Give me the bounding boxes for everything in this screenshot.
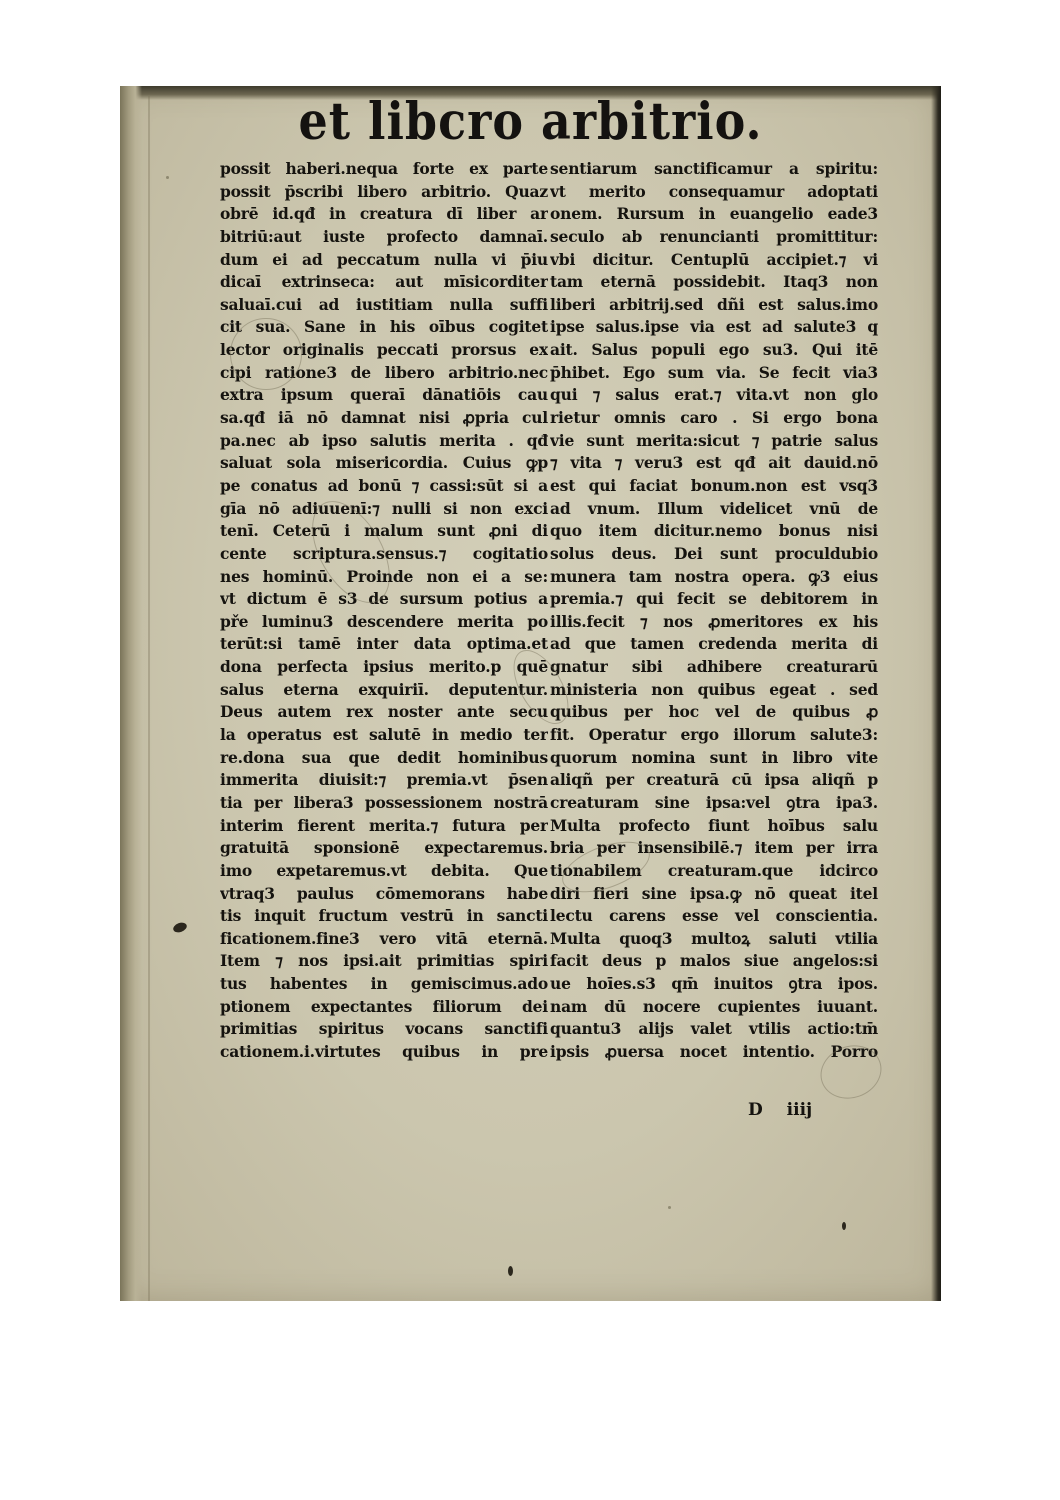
text-line: salus eterna exquiriī. deputentur. [220,679,548,702]
text-line: quo item dicitur.nemo bonus nisi [550,520,878,543]
text-line: gnatur sibi adhibere creaturarū [550,656,878,679]
text-line: Multa quoq3 multoꝝ saluti vtilia [550,928,878,951]
text-line: ⁊ vita ⁊ veru3 est qđ ait dauid.nō [550,452,878,475]
text-line: tenī. Ceterū i malum sunt ꝓni di [220,520,548,543]
text-line: imo expetaremus.vt debita. Que [220,860,548,883]
text-line: Item ⁊ nos ipsi.ait primitias spiri [220,950,548,973]
text-line: tus habentes in gemiscimus.ado [220,973,548,996]
text-line: munera tam nostra opera. ꝙ3 eius [550,566,878,589]
text-line: facit deus p malos siue angelos:si [550,950,878,973]
text-line: ministeria non quibus egeat . sed [550,679,878,702]
text-line: pa.nec ab ipso salutis merita . qđ [220,430,548,453]
text-line: qui ⁊ salus erat.⁊ vita.vt non glo [550,384,878,407]
text-line: ipse salus.ipse via est ad salute3 q [550,316,878,339]
text-column-left: possit haberi.nequa forte ex partepossit… [220,158,548,1064]
running-head: et libcro arbitrio. [120,91,941,151]
text-line: lectu carens esse vel conscientia. [550,905,878,928]
text-line: onem. Rursum in euangelio eade3 [550,203,878,226]
text-line: dum ei ad peccatum nulla vi p̄iu [220,249,548,272]
text-line: immerita diuisit:⁊ premia.vt p̄sen [220,769,548,792]
paper-speck [668,1206,671,1209]
text-line: la operatus est salutē in medio ter [220,724,548,747]
text-line: fit. Operatur ergo illorum salute3: [550,724,878,747]
text-line: saluat sola misericordia. Cuius ꝙp [220,452,548,475]
text-line: possit haberi.nequa forte ex parte [220,158,548,181]
text-line: quorum nomina sunt in libro vite [550,747,878,770]
signature-mark: D iiij [748,1100,812,1120]
text-line: aliqñ per creaturā cū ipsa aliqñ p [550,769,878,792]
text-line: terūt:si tamē inter data optima.et [220,633,548,656]
text-line: gīa nō adiuuenī:⁊ nulli si non exci [220,498,548,521]
text-line: Multa profecto fiunt hoībus salu [550,815,878,838]
text-line: quibus per hoc vel de quibus ꝓ [550,701,878,724]
paper-speck [166,176,169,179]
page-gutter-shadow [120,86,142,1301]
library-stamp-watermark [230,318,302,390]
text-line: dona perfecta ipsius merito.p quē [220,656,548,679]
text-line: obrē id.qđ in creatura dī liber ar [220,203,548,226]
text-line: primitias spiritus vocans sanctifi [220,1018,548,1041]
page-fold-line [148,96,150,1301]
text-line: ad vnum. Illum videlicet vnū de [550,498,878,521]
text-line: ait. Salus populi ego su3. Qui itē [550,339,878,362]
ink-blot [842,1222,846,1230]
text-line: Deus autem rex noster ante secu [220,701,548,724]
text-line: solus deus. Dei sunt proculdubio [550,543,878,566]
text-line: vbi dicitur. Centuplū accipiet.⁊ vi [550,249,878,272]
text-line: sa.qđ iā nō damnat nisi ꝓpria cul [220,407,548,430]
text-line: re.dona sua que dedit hominibus [220,747,548,770]
text-line: vie sunt merita:sicut ⁊ patrie salus [550,430,878,453]
text-line: nam dū nocere cupientes iuuant. [550,996,878,1019]
text-line: ficationem.fine3 vero vitā eternā. [220,928,548,951]
text-line: sentiarum sanctificamur a spiritu: [550,158,878,181]
text-line: interim fierent merita.⁊ futura per [220,815,548,838]
text-line: pře luminu3 descendere merita po [220,611,548,634]
text-line: possit p̄scribi libero arbitrio. Quaz [220,181,548,204]
text-line: cationem.i.virtutes quibus in pre [220,1041,548,1064]
text-line: dicaī extrinseca: aut mīsicorditer [220,271,548,294]
text-line: est qui faciat bonum.non est vsq3 [550,475,878,498]
scanned-page: et libcro arbitrio. possit haberi.nequa … [120,86,941,1301]
ink-blot [508,1266,513,1276]
text-line: tam eternā possidebit. Itaq3 non [550,271,878,294]
text-line: bitriū:aut iuste profecto damnaī. [220,226,548,249]
text-line: p̄hibet. Ego sum via. Se fecit via3 [550,362,878,385]
ink-blot [172,921,188,934]
text-line: saluaī.cui ad iustitiam nulla suffi [220,294,548,317]
text-line: ptionem expectantes filiorum dei [220,996,548,1019]
page-right-edge [931,86,941,1301]
text-line: seculo ab renuncianti promittitur: [550,226,878,249]
text-line: premia.⁊ qui fecit se debitorem in [550,588,878,611]
text-line: vt merito consequamur adoptati [550,181,878,204]
text-line: quantu3 alijs valet vtilis actio:tm̄ [550,1018,878,1041]
paper-speck [370,188,373,191]
text-line: gratuitā sponsionē expectaremus. [220,837,548,860]
text-line: pe conatus ad bonū ⁊ cassi:sūt si a [220,475,548,498]
text-line: tis inquit fructum vestrū in sancti [220,905,548,928]
text-line: creaturam sine ipsa:vel ꝯtra ipa3. [550,792,878,815]
text-line: illis.fecit ⁊ nos ꝓmeritores ex his [550,611,878,634]
text-line: ad que tamen credenda merita di [550,633,878,656]
text-line: tia per libera3 possessionem nostrā [220,792,548,815]
text-line: liberi arbitrij.sed dñi est salus.imo [550,294,878,317]
text-line: ue hoīes.s3 qm̄ inuitos ꝯtra ipos. [550,973,878,996]
text-column-right: sentiarum sanctificamur a spiritu:vt mer… [550,158,878,1064]
text-line: rietur omnis caro . Si ergo bona [550,407,878,430]
text-line: vtraq3 paulus cōmemorans habe [220,883,548,906]
